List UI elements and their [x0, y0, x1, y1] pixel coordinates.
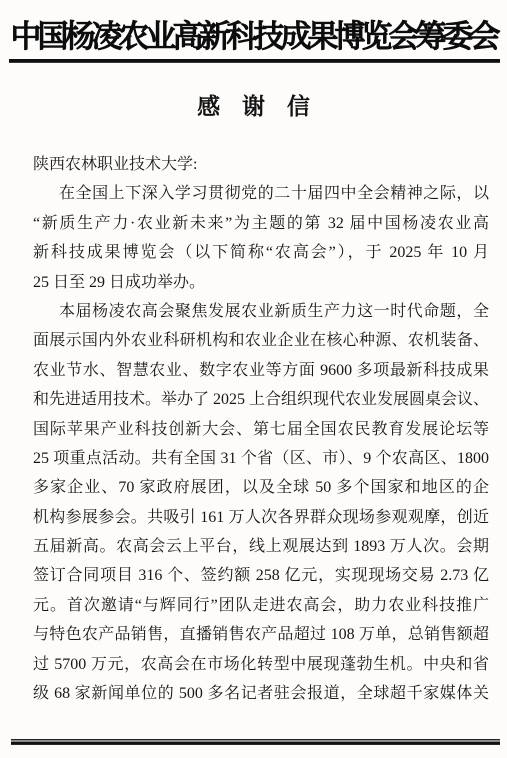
body-line: 多家企业、70 家政府展团，以及全球 50 多个国家和地区的企业、 [33, 473, 489, 502]
body-line: 级 68 家新闻单位的 500 多名记者驻会报道，全球超千家媒体关 [33, 679, 489, 708]
body-line: 机构参展参会。共吸引 161 万人次各界群众现场参观观摩，创近 [33, 503, 489, 532]
body-line: 25 日至 29 日成功举办。 [33, 268, 489, 297]
body-line: “新质生产力·农业新未来”为主题的第 32 届中国杨凌农业高 [33, 209, 489, 238]
body-line: 国际苹果产业科技创新大会、第七届全国农民教育发展论坛等 [33, 415, 489, 444]
body-line: 签订合同项目 316 个、签约额 258 亿元，实现现场交易 2.73 亿 [33, 561, 489, 590]
body-line: 与特色农产品销售，直播销售农产品超过 108 万单，总销售额超 [33, 620, 489, 649]
body-line: 本届杨凌农高会聚焦发展农业新质生产力这一时代命题，全 [33, 297, 489, 326]
salutation: 陕西农林职业技术大学: [33, 150, 489, 179]
body-line: 元。首次邀请“与辉同行”团队走进农高会，助力农业科技推广 [33, 591, 489, 620]
body-line: 25 项重点活动。共有全国 31 个省（区、市）、9 个农高区、1800 [33, 444, 489, 473]
letter-title: 感谢信 [0, 88, 507, 121]
footer-rule [11, 739, 500, 745]
letter-page: 中国杨凌农业高新科技成果博览会筹委会 感谢信 陕西农林职业技术大学: 在全国上下… [0, 0, 507, 758]
body-line: 面展示国内外农业科研机构和农业企业在核心种源、农机装备、 [33, 326, 489, 355]
body-line: 在全国上下深入学习贯彻党的二十届四中全会精神之际，以 [33, 179, 489, 208]
letter-title-text: 感谢信 [197, 94, 332, 119]
body-line: 农业节水、智慧农业、数字农业等方面 9600 多项最新科技成果 [33, 356, 489, 385]
body-line: 五届新高。农高会云上平台，线上观展达到 1893 万人次。会期 [33, 532, 489, 561]
body-line: 新科技成果博览会（以下简称“农高会”），于 2025 年 10 月 [33, 238, 489, 267]
body-line: 和先进适用技术。举办了 2025 上合组织现代农业发展圆桌会议、 [33, 385, 489, 414]
body-line: 过 5700 万元，农高会在市场化转型中展现蓬勃生机。中央和省 [33, 650, 489, 679]
letterhead-org-name: 中国杨凌农业高新科技成果博览会筹委会 [0, 11, 507, 56]
letter-body: 陕西农林职业技术大学: 在全国上下深入学习贯彻党的二十届四中全会精神之际，以 “… [33, 150, 489, 708]
letterhead-rule [9, 59, 500, 63]
